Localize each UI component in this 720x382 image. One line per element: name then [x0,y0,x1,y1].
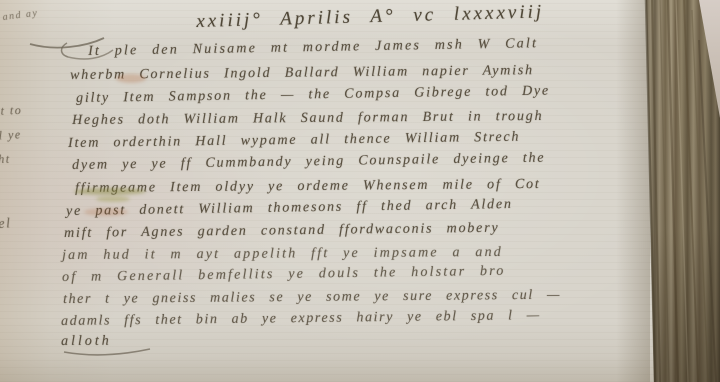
margin-note: and ay [2,8,39,23]
manuscript-photo: xxiiij° Aprilis A° vc lxxxxviij It ple d… [0,0,720,382]
manuscript-line: mift for Agnes garden constand ffordwaco… [64,221,500,242]
manuscript-line: Item orderthin Hall wypame all thence Wi… [68,130,520,152]
manuscript-line: gilty Item Sampson the — the Compsa Gibr… [76,84,550,107]
manuscript-line: It ple den Nuisame mt mordme James msh W… [88,36,538,60]
manuscript-line: ffirmgeame Item oldyy ye ordeme Whensem … [75,177,541,197]
margin-note: ht [0,152,11,167]
manuscript-line: Heghes doth William Halk Saund forman Br… [72,109,543,129]
gutter-shadow [616,0,650,382]
manuscript-line: adamls ffs thet bin ab ye express hairy … [61,308,541,330]
margin-note: nil ye [0,127,22,144]
page-edge-strip [698,0,720,152]
manuscript-line: ther t ye gneiss malies se ye some ye su… [63,288,561,308]
manuscript-line: of m Generall bemfellits ye douls the ho… [62,264,506,286]
manuscript-line: alloth [61,334,112,350]
ink-smudge-green-small [96,196,130,202]
manuscript-line: wherbm Cornelius Ingold Ballard William … [70,63,534,84]
manuscript-heading: xxiiij° Aprilis A° vc lxxxxviij [196,1,544,33]
margin-note: ott to [0,103,23,119]
manuscript-line: jam hud it m ayt appelith fft ye impsame… [62,245,503,264]
margin-note: ssel [0,216,12,234]
manuscript-line: dyem ye ye ff Cummbandy yeing Counspaile… [72,151,545,174]
manuscript-line: ye past donett William thomesons ff thed… [66,197,513,220]
